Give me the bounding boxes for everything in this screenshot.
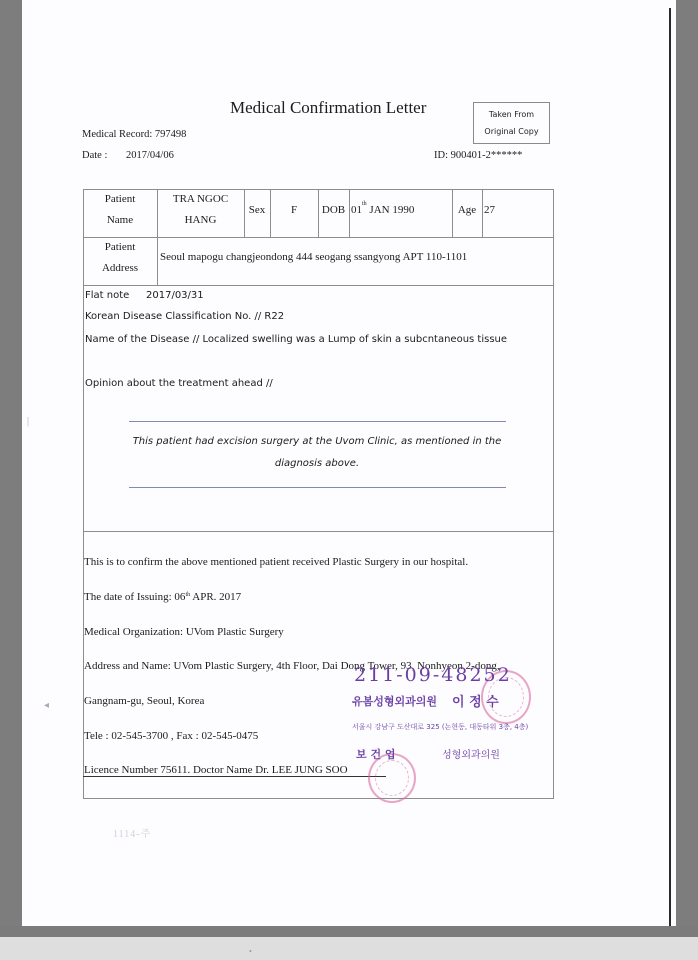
- margin-mark: |: [27, 416, 29, 427]
- original-box-line-2: Original Copy: [474, 123, 549, 140]
- clinic-phone: Tele : 02-545-3700 , Fax : 02-545-0475: [84, 730, 258, 742]
- patient-address-label: Patient Address: [83, 237, 157, 279]
- patient-id: ID: 900401-2******: [434, 150, 522, 161]
- disease-classification: Korean Disease Classification No. // R22: [85, 311, 284, 322]
- issue-date-prefix: The date of Issuing: 06: [84, 591, 185, 603]
- label-line: Patient: [83, 237, 157, 258]
- business-number-stamp: 211-09-48252: [354, 664, 512, 686]
- opinion-bottom-rule: [129, 487, 506, 488]
- value-line: TRA NGOC: [157, 189, 244, 210]
- dob-day: 01: [351, 204, 362, 216]
- page-indicator-icon[interactable]: •: [249, 949, 254, 955]
- stamp-address: 서울시 강남구 도산대로 325 (논현동, 대동타워 3층, 4층): [352, 722, 528, 732]
- value-line: HANG: [157, 210, 244, 231]
- stamp-right-text: 성형외과의원: [442, 746, 500, 761]
- licence-underline: [83, 776, 386, 777]
- clinic-address-line-2: Gangnam-gu, Seoul, Korea: [84, 695, 204, 707]
- stamp-doctor-name: 이 정 수: [452, 691, 499, 710]
- label-line: Patient: [83, 189, 157, 210]
- stamp-left-text: 보 건 업: [356, 746, 396, 762]
- original-box-line-1: Taken From: [474, 106, 549, 123]
- flat-note-label: Flat note: [85, 290, 129, 301]
- original-copy-box: Taken From Original Copy: [473, 102, 550, 144]
- label-line: Name: [83, 210, 157, 231]
- page-title: Medical Confirmation Letter: [230, 98, 426, 118]
- medical-organization: Medical Organization: UVom Plastic Surge…: [84, 626, 284, 638]
- table-column-line: [349, 189, 350, 237]
- viewer-toolbar: •: [0, 937, 698, 960]
- patient-address-value: Seoul mapogu changjeondong 444 seogang s…: [160, 251, 467, 263]
- table-divider: [83, 285, 554, 286]
- disease-name: Name of the Disease // Localized swellin…: [85, 334, 507, 345]
- stamp-clinic-name: 유봄성형외과의원: [352, 693, 437, 709]
- licence-doctor: Licence Number 75611. Doctor Name Dr. LE…: [84, 764, 348, 776]
- issue-date-rest: APR. 2017: [190, 591, 241, 603]
- patient-name-label: Patient Name: [83, 189, 157, 231]
- patient-name-value: TRA NGOC HANG: [157, 189, 244, 231]
- flat-note-value: 2017/03/31: [146, 290, 204, 301]
- margin-mark: ◂: [44, 700, 49, 711]
- issue-date: The date of Issuing: 06th APR. 2017: [84, 591, 241, 603]
- viewer-background: [0, 926, 698, 937]
- opinion-text: This patient had excision surgery at the…: [128, 431, 506, 475]
- sex-label: Sex: [244, 200, 270, 221]
- date-label: Date :: [82, 150, 107, 161]
- confirmation-statement: This is to confirm the above mentioned p…: [84, 556, 468, 568]
- dob-rest: JAN 1990: [367, 204, 415, 216]
- age-label: Age: [452, 200, 482, 221]
- handwritten-mark: 1114-주: [113, 825, 151, 840]
- table-column-line: [482, 189, 483, 237]
- age-value: 27: [484, 200, 524, 221]
- date-value: 2017/04/06: [126, 150, 174, 161]
- dob-value: 01th JAN 1990: [351, 200, 451, 221]
- opinion-top-rule: [129, 421, 506, 422]
- dob-label: DOB: [318, 200, 349, 221]
- sex-value: F: [270, 200, 318, 221]
- medical-record: Medical Record: 797498: [82, 129, 186, 140]
- opinion-label: Opinion about the treatment ahead //: [85, 378, 273, 389]
- section-divider: [83, 531, 554, 532]
- page-edge-rule: [669, 8, 671, 926]
- label-line: Address: [83, 258, 157, 279]
